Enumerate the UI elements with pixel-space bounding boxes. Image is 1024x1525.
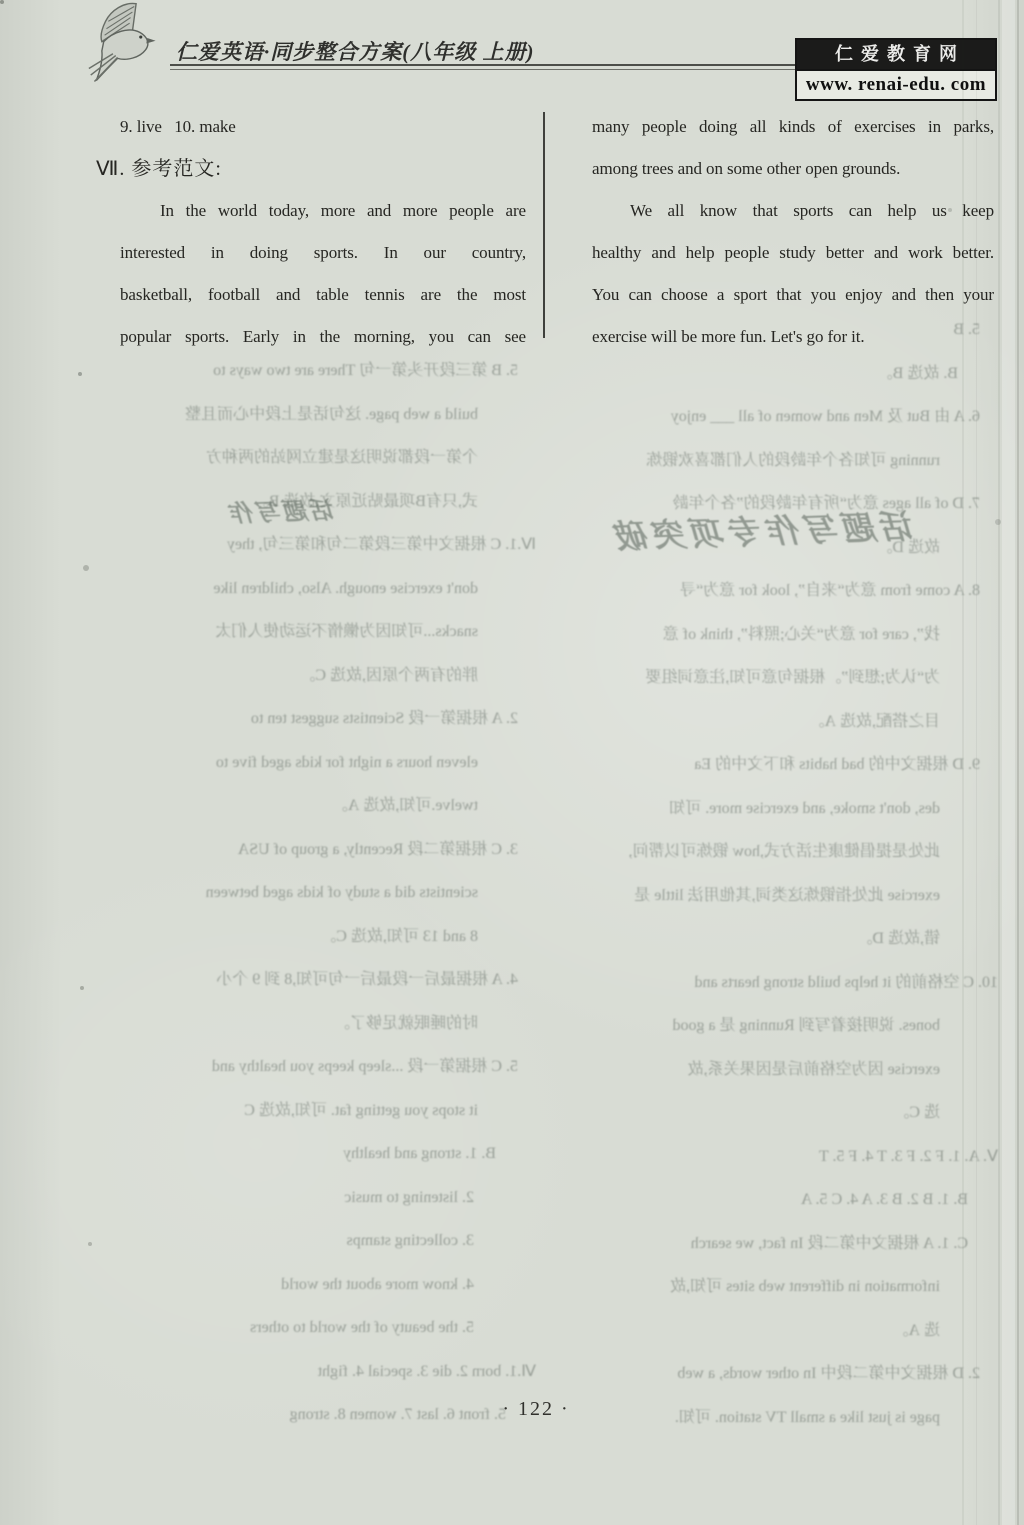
bleed-line: bones. 说明接着写到 Running 是 a good (560, 1004, 998, 1048)
bleed-line: 6. A 由 But 及 Men and women of all ___ en… (560, 395, 998, 439)
essay-line: healthy and help people study better and… (592, 232, 994, 274)
bleed-line: running 可知各个年龄段的人们都喜欢锻炼 (560, 439, 998, 483)
bleed-line: B. 故选 B。 (560, 352, 998, 396)
answers-line: 9. live 10. make (120, 106, 526, 148)
bleed-line: 选 C。 (560, 1091, 998, 1135)
bleed-line: 9. D 根据文中的 bad habits 和下文中的 Ea (560, 743, 998, 787)
site-url: www. renai-edu. com (797, 69, 995, 99)
bleed-line: C. 1. A 根据文中第二段 In fact, we search (560, 1222, 998, 1266)
paper-crease (998, 0, 1000, 1525)
bleed-line: build a web page. 这句话是上段中心而且整 (102, 393, 536, 437)
bleed-line: 5. C 根据第一段 ...sleep keeps you healthy an… (102, 1045, 536, 1089)
scan-specks (0, 0, 4, 4)
paper-crease (976, 0, 977, 1525)
page-edge-line (1017, 0, 1019, 1525)
bleed-line: 4. know more about the world (102, 1263, 536, 1307)
column-divider (543, 112, 545, 338)
essay-left: In the world today, more and more people… (120, 190, 526, 358)
bleed-line: 时的睡眠就足够了。 (102, 1002, 536, 1046)
bleed-line: snacks...可知因为懒惰不运动使人们太 (102, 610, 536, 654)
bleed-line: exercise 此处指锻炼这类词,其他用法 little 是 (560, 874, 998, 918)
bleed-line: 4. A 根据最后一段最后一句可知,8 到 9 个小 (102, 958, 536, 1002)
bleed-line: 2. A 根据第一段 Scientists suggest ten to (102, 697, 536, 741)
bleed-line: 5. front 6. last 7. women 8. strong (102, 1393, 536, 1437)
page-edge-highlight (1002, 0, 1015, 1525)
bleed-line: 为“认为;想到”。根据句意可知,注意词组要 (560, 656, 998, 700)
essay-line: In the world today, more and more people… (120, 190, 526, 232)
bleed-line: 3. C 根据第二段 Recently, a group of USA (102, 828, 536, 872)
section-heading: Ⅶ. 参考范文: (96, 148, 526, 190)
bleed-line: 5. B 第三段开头第一句 There are two ways to (102, 349, 536, 393)
bleed-line: information in different web sites 可知,故 (560, 1265, 998, 1309)
essay-line: many people doing all kinds of exercises… (592, 106, 994, 148)
left-column: 9. live 10. make Ⅶ. 参考范文: In the world t… (120, 106, 526, 358)
bleed-line: 错,故选 D。 (560, 917, 998, 961)
bleed-line: eleven hours a night for kids aged five … (102, 741, 536, 785)
bleed-line: des, don't smoke, and exercise more. 可知 (560, 787, 998, 831)
bleed-line: 2. D 根据文中第二段中 In other words, a web (560, 1352, 998, 1396)
bleed-line: 目之搭配,故选 A。 (560, 700, 998, 744)
essay-line: basketball, football and table tennis ar… (120, 274, 526, 316)
bleed-line: Ⅳ.1. C 根据文中第三段第二句和第三句, they (102, 523, 536, 567)
bleed-line: page is just like a small TV station. 可知… (560, 1396, 998, 1440)
paper-crease (962, 0, 964, 1525)
essay-line: among trees and on some other open groun… (592, 148, 994, 190)
bleed-line: B. 1. B 2. B 3. A 4. C 5. A (560, 1178, 998, 1222)
bleed-line: 8 and 13 可知,故选 C。 (102, 915, 536, 959)
bleed-line: 5. B (560, 308, 998, 352)
essay-line: interested in doing sports. In our count… (120, 232, 526, 274)
bleed-line: Ⅴ. A. 1. F 2. F 3. T 4. F 5. T (560, 1135, 998, 1179)
bleed-line: it stops you getting fat. 可知,故选 C (102, 1089, 536, 1133)
bleed-line: B. 1. strong and healthy (102, 1132, 536, 1176)
bleed-line: don't exercise enough. Also, children li… (102, 567, 536, 611)
bleed-line: scientists did a study of kids aged betw… (102, 871, 536, 915)
bleed-line: 选 A。 (560, 1309, 998, 1353)
scanned-page: 仁爱英语·同步整合方案(八年级 上册) 仁爱教育网 www. renai-edu… (0, 0, 1024, 1525)
bleed-line: 找”, care for 意为“关心;照料”, think of 意 (560, 613, 998, 657)
bleed-line: 此处是提倡健康生活方式,how 锻炼可以帮问, (560, 830, 998, 874)
site-name: 仁爱教育网 (797, 40, 995, 69)
site-badge: 仁爱教育网 www. renai-edu. com (795, 38, 997, 101)
bleed-line: Ⅵ.1. born 2. die 3. special 4. fight (102, 1350, 536, 1394)
dove-logo-icon (78, 0, 172, 88)
header-rule (170, 64, 796, 70)
bleed-line: 2. listening to music (102, 1176, 536, 1220)
bleed-line: 3. collecting stamps (102, 1219, 536, 1263)
book-title: 仁爱英语·同步整合方案(八年级 上册) (176, 36, 535, 66)
bleed-scribble-left: 话题写作 (227, 490, 336, 529)
bleed-line: 5. the beauty of the world to others (102, 1306, 536, 1350)
bleed-through-right: 5. BB. 故选 B。6. A 由 But 及 Men and women o… (560, 308, 998, 1439)
bleed-line: 8. A come from 意为“来自”, look for 意为“寻 (560, 569, 998, 613)
bleed-line: 10. C 空格前的 it helps build strong hearts … (560, 961, 998, 1005)
page-number: · 122 · (502, 1398, 569, 1421)
bleed-line: exercise 因为空格前后是因果关系,故 (560, 1048, 998, 1092)
essay-line: We all know that sports can help us keep (592, 190, 994, 232)
bleed-line: 胖的有两个原因,故选 C。 (102, 654, 536, 698)
bleed-line: twelve.可知,故选 A。 (102, 784, 536, 828)
bleed-line: 个第一段都说明这是建立网站的两种方 (102, 436, 536, 480)
